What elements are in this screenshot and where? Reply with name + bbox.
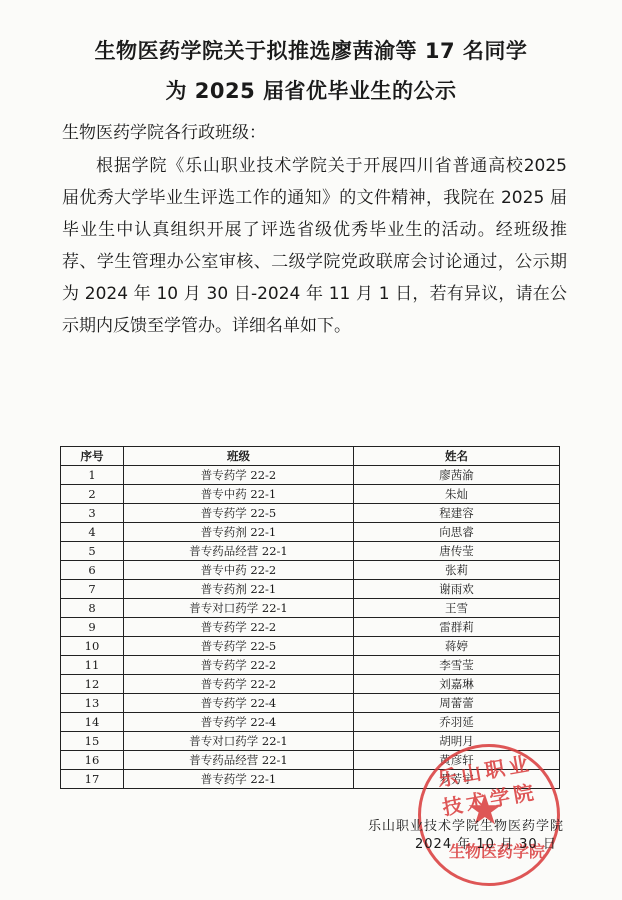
cell-name: 谢雨欢 (354, 580, 560, 599)
cell-index: 12 (61, 675, 124, 694)
cell-class: 普专中药 22-2 (124, 561, 354, 580)
document-title-line1: 生物医药学院关于拟推选廖茜渝等 17 名同学 (0, 35, 622, 65)
table-row: 5普专药品经营 22-1唐传莹 (61, 542, 560, 561)
table-row: 7普专药剂 22-1谢雨欢 (61, 580, 560, 599)
table-row: 6普专中药 22-2张莉 (61, 561, 560, 580)
table-row: 9普专药学 22-2雷群莉 (61, 618, 560, 637)
table-row: 8普专对口药学 22-1王雪 (61, 599, 560, 618)
cell-index: 3 (61, 504, 124, 523)
table-row: 14普专药学 22-4乔羽延 (61, 713, 560, 732)
table-row: 1普专药学 22-2廖茜渝 (61, 466, 560, 485)
cell-index: 15 (61, 732, 124, 751)
cell-name: 程建容 (354, 504, 560, 523)
cell-class: 普专药学 22-5 (124, 637, 354, 656)
cell-class: 普专对口药学 22-1 (124, 599, 354, 618)
table-row: 11普专药学 22-2李雪莹 (61, 656, 560, 675)
cell-index: 11 (61, 656, 124, 675)
cell-name: 李雪莹 (354, 656, 560, 675)
cell-name: 向思睿 (354, 523, 560, 542)
cell-name: 蒋婷 (354, 637, 560, 656)
cell-class: 普专中药 22-1 (124, 485, 354, 504)
cell-index: 17 (61, 770, 124, 789)
cell-class: 普专药剂 22-1 (124, 523, 354, 542)
cell-index: 9 (61, 618, 124, 637)
body-paragraph: 根据学院《乐山职业技术学院关于开展四川省普通高校2025 届优秀大学毕业生评选工… (62, 150, 567, 342)
header-class: 班级 (124, 447, 354, 466)
table-row: 12普专药学 22-2刘嘉琳 (61, 675, 560, 694)
cell-name: 朱灿 (354, 485, 560, 504)
header-index: 序号 (61, 447, 124, 466)
cell-class: 普专药品经营 22-1 (124, 542, 354, 561)
cell-name: 雷群莉 (354, 618, 560, 637)
table-header-row: 序号 班级 姓名 (61, 447, 560, 466)
header-name: 姓名 (354, 447, 560, 466)
cell-class: 普专对口药学 22-1 (124, 732, 354, 751)
cell-index: 7 (61, 580, 124, 599)
date: 2024 年 10 月 30 日 (415, 833, 557, 852)
salutation: 生物医药学院各行政班级： (62, 118, 266, 143)
cell-index: 14 (61, 713, 124, 732)
cell-class: 普专药学 22-2 (124, 656, 354, 675)
signature: 乐山职业技术学院生物医药学院 (368, 815, 564, 834)
cell-name: 廖茜渝 (354, 466, 560, 485)
cell-name: 王雪 (354, 599, 560, 618)
cell-class: 普专药品经营 22-1 (124, 751, 354, 770)
cell-class: 普专药剂 22-1 (124, 580, 354, 599)
cell-class: 普专药学 22-2 (124, 466, 354, 485)
cell-name: 乔羽延 (354, 713, 560, 732)
cell-class: 普专药学 22-4 (124, 694, 354, 713)
cell-index: 1 (61, 466, 124, 485)
cell-index: 8 (61, 599, 124, 618)
table-row: 3普专药学 22-5程建容 (61, 504, 560, 523)
cell-index: 16 (61, 751, 124, 770)
cell-index: 5 (61, 542, 124, 561)
cell-name: 张莉 (354, 561, 560, 580)
cell-index: 2 (61, 485, 124, 504)
cell-index: 10 (61, 637, 124, 656)
cell-index: 4 (61, 523, 124, 542)
table-row: 10普专药学 22-5蒋婷 (61, 637, 560, 656)
cell-name: 刘嘉琳 (354, 675, 560, 694)
cell-class: 普专药学 22-1 (124, 770, 354, 789)
cell-name: 周蕾蕾 (354, 694, 560, 713)
cell-class: 普专药学 22-5 (124, 504, 354, 523)
table-row: 13普专药学 22-4周蕾蕾 (61, 694, 560, 713)
cell-index: 13 (61, 694, 124, 713)
table-row: 2普专中药 22-1朱灿 (61, 485, 560, 504)
table-row: 4普专药剂 22-1向思睿 (61, 523, 560, 542)
cell-class: 普专药学 22-2 (124, 618, 354, 637)
cell-name: 唐传莹 (354, 542, 560, 561)
document-title-line2: 为 2025 届省优毕业生的公示 (0, 75, 622, 105)
cell-index: 6 (61, 561, 124, 580)
candidate-table: 序号 班级 姓名 1普专药学 22-2廖茜渝2普专中药 22-1朱灿3普专药学 … (60, 446, 560, 789)
cell-class: 普专药学 22-4 (124, 713, 354, 732)
cell-class: 普专药学 22-2 (124, 675, 354, 694)
